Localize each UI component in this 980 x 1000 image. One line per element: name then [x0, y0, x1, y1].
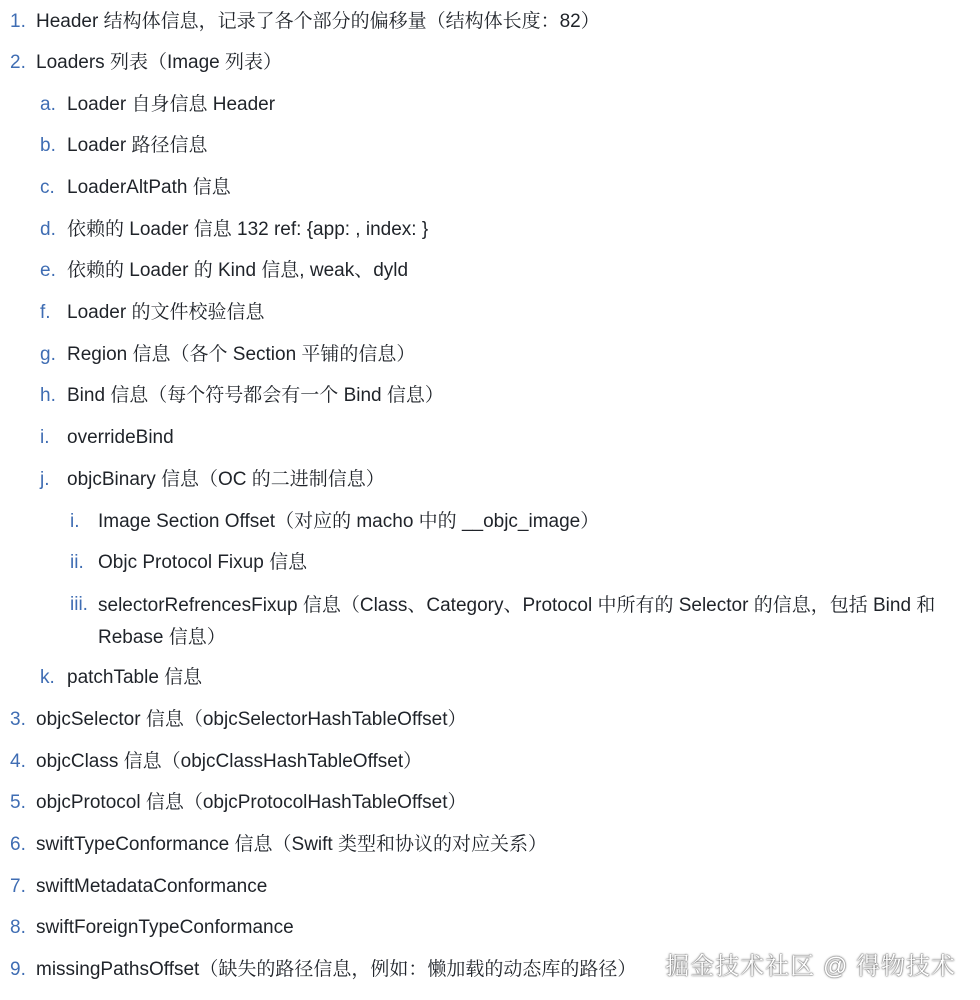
- list-text: overrideBind: [67, 423, 174, 453]
- list-marker: 8.: [10, 913, 26, 943]
- list-marker: 3.: [10, 705, 26, 735]
- list-marker: g.: [40, 340, 56, 370]
- list-marker: 7.: [10, 872, 26, 902]
- list-marker: 5.: [10, 788, 26, 818]
- list-text: Image Section Offset（对应的 macho 中的 __objc…: [98, 507, 599, 537]
- watermark: 掘金技术社区 @ 得物技术: [665, 946, 956, 981]
- list-marker: 1.: [10, 7, 26, 37]
- list-text: Loader 路径信息: [67, 131, 207, 161]
- list-marker: 9.: [10, 955, 26, 985]
- list-marker: ii.: [70, 548, 84, 578]
- list-text: objcSelector 信息（objcSelectorHashTableOff…: [36, 705, 467, 735]
- list-text: Loader 的文件校验信息: [67, 298, 264, 328]
- list-text: Header 结构体信息，记录了各个部分的偏移量（结构体长度：82）: [36, 7, 600, 37]
- list-text: selectorRefrencesFixup 信息（Class、Category…: [98, 590, 978, 654]
- list-marker: f.: [40, 298, 51, 328]
- list-marker: i.: [40, 423, 50, 453]
- list-text: Loaders 列表（Image 列表）: [36, 48, 282, 78]
- list-marker: b.: [40, 131, 56, 161]
- list-text: missingPathsOffset（缺失的路径信息，例如：懒加载的动态库的路径…: [36, 955, 636, 985]
- list-marker: 2.: [10, 48, 26, 78]
- list-text: Loader 自身信息 Header: [67, 90, 275, 120]
- list-text: swiftMetadataConformance: [36, 872, 267, 902]
- list-marker: e.: [40, 256, 56, 286]
- list-text: Objc Protocol Fixup 信息: [98, 548, 307, 578]
- list-marker: 4.: [10, 747, 26, 777]
- list-text: swiftTypeConformance 信息（Swift 类型和协议的对应关系…: [36, 830, 547, 860]
- list-text: LoaderAltPath 信息: [67, 173, 231, 203]
- list-text: 依赖的 Loader 信息 132 ref: {app: , index: }: [67, 215, 428, 245]
- list-text: 依赖的 Loader 的 Kind 信息, weak、dyld: [67, 256, 408, 286]
- list-text: patchTable 信息: [67, 663, 202, 693]
- list-marker: i.: [70, 507, 80, 537]
- list-text: Bind 信息（每个符号都会有一个 Bind 信息）: [67, 381, 444, 411]
- list-marker: iii.: [70, 590, 88, 620]
- list-text: objcProtocol 信息（objcProtocolHashTableOff…: [36, 788, 467, 818]
- list-marker: d.: [40, 215, 56, 245]
- list-marker: a.: [40, 90, 56, 120]
- list-text: objcClass 信息（objcClassHashTableOffset）: [36, 747, 422, 777]
- list-marker: j.: [40, 465, 50, 495]
- list-marker: c.: [40, 173, 55, 203]
- list-marker: h.: [40, 381, 56, 411]
- list-text: swiftForeignTypeConformance: [36, 913, 294, 943]
- list-text: objcBinary 信息（OC 的二进制信息）: [67, 465, 385, 495]
- list-marker: 6.: [10, 830, 26, 860]
- list-text: Region 信息（各个 Section 平铺的信息）: [67, 340, 415, 370]
- list-marker: k.: [40, 663, 55, 693]
